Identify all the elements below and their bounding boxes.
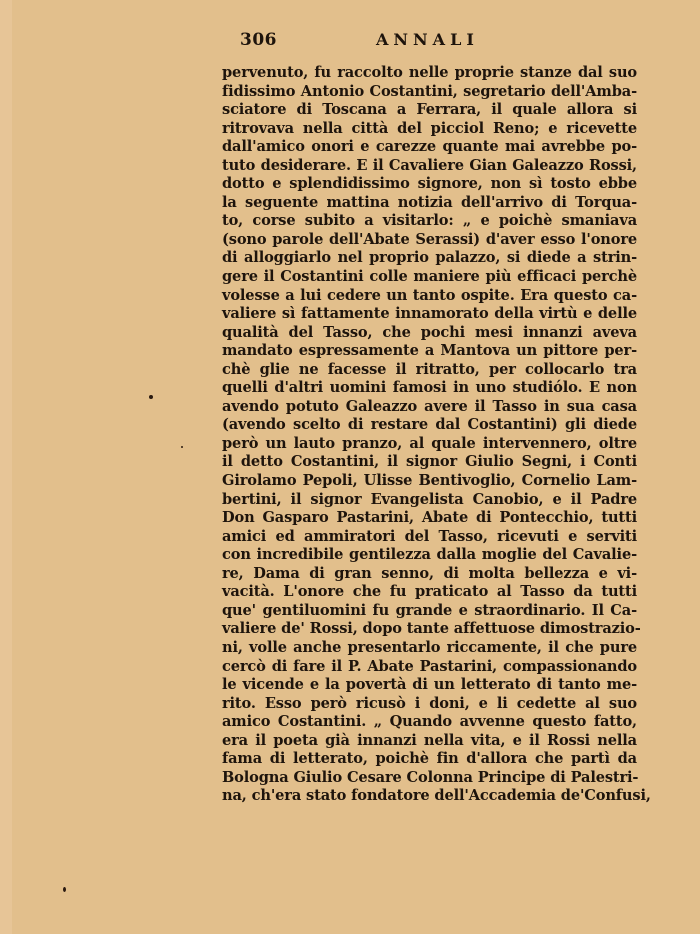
- text-line: re, Dama di gran senno, di molta bellezz…: [222, 565, 637, 584]
- text-line: tuto desiderare. E il Cavaliere Gian Gal…: [222, 157, 637, 176]
- paper-speck: [63, 887, 66, 892]
- text-line: ritrovava nella città del picciol Reno; …: [222, 120, 637, 139]
- text-line: valiere sì fattamente innamorato della v…: [222, 305, 637, 324]
- page-header: 306 ANNALI: [240, 30, 490, 54]
- text-line: Girolamo Pepoli, Ulisse Bentivoglio, Cor…: [222, 472, 637, 491]
- page-edge: [0, 0, 12, 934]
- text-line: que' gentiluomini fu grande e straordina…: [222, 602, 637, 621]
- text-line: na, ch'era stato fondatore dell'Accademi…: [222, 787, 637, 806]
- paper-speck: [181, 446, 183, 448]
- text-line: avendo potuto Galeazzo avere il Tasso in…: [222, 398, 637, 417]
- text-line: bertini, il signor Evangelista Canobio, …: [222, 491, 637, 510]
- text-line: fidissimo Antonio Costantini, segretario…: [222, 83, 637, 102]
- text-line: dotto e splendidissimo signore, non sì t…: [222, 175, 637, 194]
- text-line: era il poeta già innanzi nella vita, e i…: [222, 732, 637, 751]
- text-line: volesse a lui cedere un tanto ospite. Er…: [222, 287, 637, 306]
- text-line: gere il Costantini colle maniere più eff…: [222, 268, 637, 287]
- text-line: Bologna Giulio Cesare Colonna Principe d…: [222, 769, 637, 788]
- text-line: con incredibile gentilezza dalla moglie …: [222, 546, 637, 565]
- text-line: mandato espressamente a Mantova un pitto…: [222, 342, 637, 361]
- text-line: valiere de' Rossi, dopo tante affettuose…: [222, 620, 637, 639]
- text-line: amico Costantini. „ Quando avvenne quest…: [222, 713, 637, 732]
- paper-speck: [149, 395, 153, 399]
- text-line: rito. Esso però ricusò i doni, e li cede…: [222, 695, 637, 714]
- text-line: le vicende e la povertà di un letterato …: [222, 676, 637, 695]
- text-line: la seguente mattina notizia dell'arrivo …: [222, 194, 637, 213]
- text-line: qualità del Tasso, che pochi mesi innanz…: [222, 324, 637, 343]
- text-line: (avendo scelto di restare dal Costantini…: [222, 416, 637, 435]
- text-line: fama di letterato, poichè fin d'allora c…: [222, 750, 637, 769]
- text-line: Don Gasparo Pastarini, Abate di Pontecch…: [222, 509, 637, 528]
- text-line: amici ed ammiratori del Tasso, ricevuti …: [222, 528, 637, 547]
- text-line: di alloggiarlo nel proprio palazzo, si d…: [222, 249, 637, 268]
- text-line: vacità. L'onore che fu praticato al Tass…: [222, 583, 637, 602]
- body-text: pervenuto, fu raccolto nelle proprie sta…: [222, 64, 637, 806]
- text-line: sciatore di Toscana a Ferrara, il quale …: [222, 101, 637, 120]
- text-line: chè glie ne facesse il ritratto, per col…: [222, 361, 637, 380]
- text-line: però un lauto pranzo, al quale intervenn…: [222, 435, 637, 454]
- text-line: dall'amico onori e carezze quante mai av…: [222, 138, 637, 157]
- text-line: cercò di fare il P. Abate Pastarini, com…: [222, 658, 637, 677]
- text-line: il detto Costantini, il signor Giulio Se…: [222, 453, 637, 472]
- text-line: (sono parole dell'Abate Serassi) d'aver …: [222, 231, 637, 250]
- page-number: 306: [240, 30, 277, 50]
- text-line: pervenuto, fu raccolto nelle proprie sta…: [222, 64, 637, 83]
- running-title: ANNALI: [376, 30, 479, 49]
- text-line: ni, volle anche presentarlo riccamente, …: [222, 639, 637, 658]
- text-line: to, corse subito a visitarlo: „ e poichè…: [222, 212, 637, 231]
- text-line: quelli d'altri uomini famosi in uno stud…: [222, 379, 637, 398]
